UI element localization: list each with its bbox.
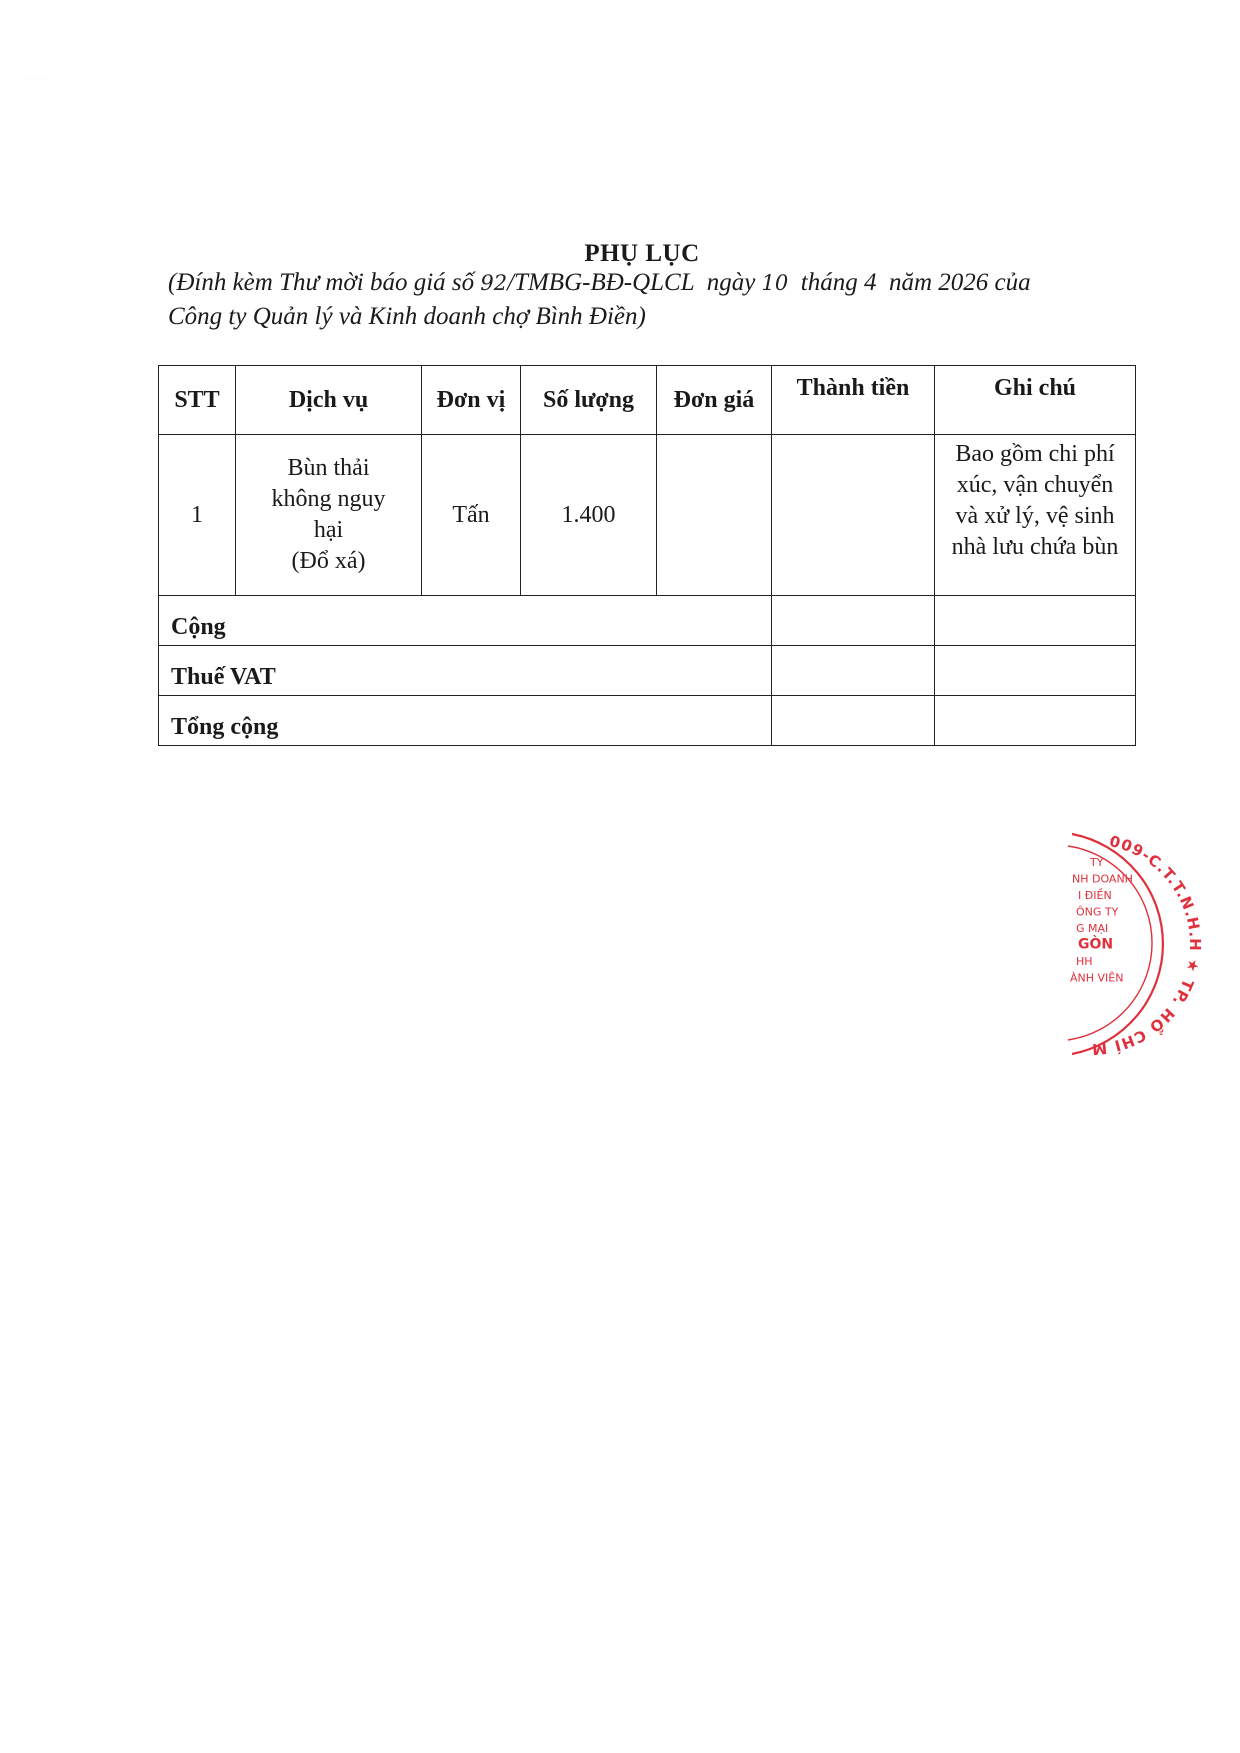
subtitle-line-2: Công ty Quản lý và Kinh doanh chợ Bình Đ…	[168, 300, 1128, 334]
company-seal-stamp: 009-C.T.T.N.H.H ★ TP. HỒ CHÍ MINH TYNH D…	[1060, 826, 1240, 1056]
vat-label: Thuế VAT	[159, 646, 772, 696]
column-header-amount: Thành tiền	[772, 366, 935, 435]
svg-text:NH DOANH: NH DOANH	[1072, 873, 1133, 886]
svg-text:G MẠI: G MẠI	[1076, 922, 1108, 935]
svg-text:ÀNH VIÊN: ÀNH VIÊN	[1070, 972, 1123, 985]
column-header-note: Ghi chú	[935, 366, 1136, 435]
service-line: hại	[236, 515, 421, 546]
total-row-subtotal: Cộng	[159, 596, 1136, 646]
column-header-stt: STT	[159, 366, 236, 435]
svg-text:ÔNG TY: ÔNG TY	[1076, 906, 1119, 919]
service-line: không nguy	[236, 484, 421, 515]
svg-text:TY: TY	[1089, 856, 1104, 869]
grand-total-label: Tổng cộng	[159, 696, 772, 746]
column-header-unit: Đơn vị	[422, 366, 521, 435]
subtitle-line-1: (Đính kèm Thư mời báo giá số 92/TMBG-BĐ-…	[168, 266, 1128, 300]
cell-unit: Tấn	[422, 435, 521, 596]
grand-total-amount	[772, 696, 935, 746]
cell-amount	[772, 435, 935, 596]
svg-text:HH: HH	[1076, 955, 1093, 968]
scan-mark: · · ·	[28, 76, 49, 83]
column-header-quantity: Số lượng	[521, 366, 657, 435]
doc-code: /TMBG-BĐ-QLCL	[507, 269, 694, 296]
service-line: (Đổ xá)	[236, 546, 421, 577]
seal-icon: 009-C.T.T.N.H.H ★ TP. HỒ CHÍ MINH TYNH D…	[1060, 826, 1240, 1056]
document-subtitle: (Đính kèm Thư mời báo giá số 92/TMBG-BĐ-…	[168, 266, 1128, 334]
document-title: PHỤ LỤC	[22, 240, 1240, 268]
cell-stt: 1	[159, 435, 236, 596]
quotation-table: STT Dịch vụ Đơn vị Số lượng Đơn giá Thàn…	[158, 365, 1136, 746]
table-header-row: STT Dịch vụ Đơn vị Số lượng Đơn giá Thàn…	[159, 366, 1136, 435]
total-row-vat: Thuế VAT	[159, 646, 1136, 696]
vat-amount	[772, 646, 935, 696]
vat-note	[935, 646, 1136, 696]
cell-quantity: 1.400	[521, 435, 657, 596]
svg-text:I ĐIỀN: I ĐIỀN	[1078, 888, 1112, 902]
service-line: Bùn thải	[236, 453, 421, 484]
subtotal-label: Cộng	[159, 596, 772, 646]
grand-total-note	[935, 696, 1136, 746]
day-label: ngày	[694, 269, 761, 296]
subtotal-note	[935, 596, 1136, 646]
month-year-text: tháng 4 năm 2026 của	[788, 269, 1030, 296]
handwritten-day: 10	[762, 271, 789, 295]
subtitle-prefix: (Đính kèm Thư mời báo giá số	[168, 269, 480, 296]
cell-unit-price	[657, 435, 772, 596]
handwritten-doc-number: 92	[480, 271, 507, 295]
column-header-service: Dịch vụ	[236, 366, 422, 435]
table-row: 1 Bùn thải không nguy hại (Đổ xá) Tấn 1.…	[159, 435, 1136, 596]
cell-service: Bùn thải không nguy hại (Đổ xá)	[236, 435, 422, 596]
total-row-grand-total: Tổng cộng	[159, 696, 1136, 746]
cell-note: Bao gồm chi phí xúc, vận chuyển và xử lý…	[935, 435, 1136, 596]
column-header-unit-price: Đơn giá	[657, 366, 772, 435]
subtotal-amount	[772, 596, 935, 646]
svg-text:GÒN: GÒN	[1078, 935, 1113, 953]
